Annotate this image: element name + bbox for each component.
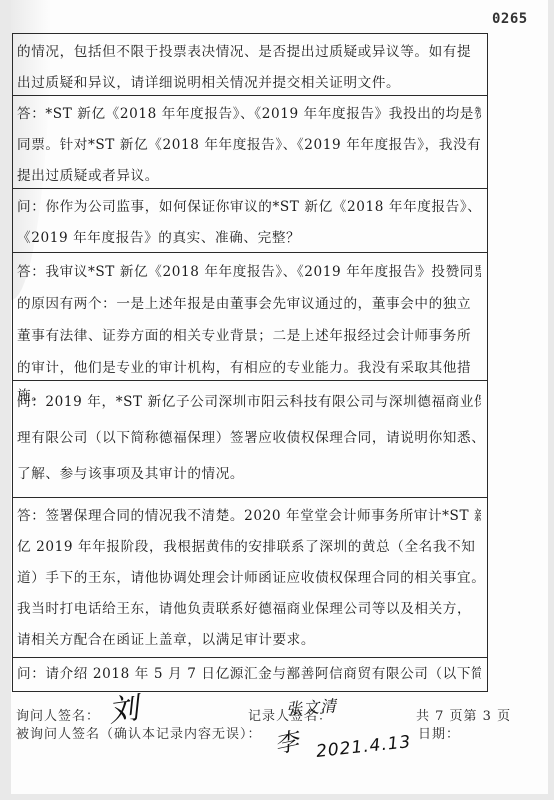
text-line: 答：我审议*ST 新亿《2018 年年度报告》、《2019 年年度报告》投赞同票 — [17, 256, 481, 288]
text-line: 《2019 年年度报告》的真实、准确、完整？ — [17, 223, 481, 254]
text-line: 的情况，包括但不限于投票表决情况、是否提出过质疑或异议等。如有提 — [17, 37, 481, 68]
recorder-handwritten-signature: 张文清 — [285, 693, 337, 720]
text-line: 道）手下的王东，请他协调处理会计师函证应收债权保理合同的相关事宜。 — [17, 563, 481, 594]
interviewer-handwritten-signature: 刘 — [105, 683, 139, 730]
text-line: 提出过质疑或者异议。 — [17, 161, 481, 192]
interview-record-table: 的情况，包括但不限于投票表决情况、是否提出过质疑或异议等。如有提 出过质疑和异议… — [12, 33, 488, 692]
question-continuation-row: 的情况，包括但不限于投票表决情况、是否提出过质疑或异议等。如有提 出过质疑和异议… — [13, 34, 487, 96]
page-stamp-number: 0265 — [492, 11, 528, 27]
text-line: 出过质疑和异议，请详细说明相关情况并提交相关证明文件。 — [17, 68, 481, 99]
text-line: 答：*ST 新亿《2018 年年度报告》、《2019 年年度报告》我投出的均是赞 — [17, 99, 481, 130]
text-line: 问：请介绍 2018 年 5 月 7 日亿源汇金与鄯善阿信商贸有限公司（以下简 — [17, 661, 481, 687]
text-line: 亿 2019 年年报阶段，我根据黄伟的安排联系了深圳的黄总（全名我不知 — [17, 532, 481, 563]
text-line: 请相关方配合在函证上盖章，以满足审计要求。 — [17, 625, 481, 656]
question-row: 问：2019 年，*ST 新亿子公司深圳市阳云科技有限公司与深圳德福商业保 理有… — [13, 381, 487, 498]
question-row: 问：你作为公司监事，如何保证你审议的*ST 新亿《2018 年年度报告》、 《2… — [13, 189, 487, 253]
text-line: 同票。针对*ST 新亿《2018 年年度报告》、《2019 年年度报告》，我没有 — [17, 130, 481, 161]
date-label: 日期： — [418, 723, 460, 742]
answer-row: 答：我审议*ST 新亿《2018 年年度报告》、《2019 年年度报告》投赞同票… — [13, 253, 487, 381]
text-line: 了解、参与该事项及其审计的情况。 — [17, 456, 481, 492]
answer-row: 答：签署保理合同的情况我不清楚。2020 年堂堂会计师事务所审计*ST 新 亿 … — [13, 498, 487, 658]
text-line: 理有限公司（以下简称德福保理）签署应收债权保理合同，请说明你知悉、 — [17, 420, 481, 456]
text-line: 董事有法律、证券方面的相关专业背景；二是上述年报经过会计师事务所 — [17, 320, 481, 352]
text-line: 我当时打电话给王东，请他负责联系好德福商业保理公司等以及相关方， — [17, 594, 481, 625]
text-line: 的原因有两个：一是上述年报是由董事会先审议通过的，董事会中的独立 — [17, 288, 481, 320]
text-line: 问：你作为公司监事，如何保证你审议的*ST 新亿《2018 年年度报告》、 — [17, 192, 481, 223]
text-line: 答：签署保理合同的情况我不清楚。2020 年堂堂会计师事务所审计*ST 新 — [17, 501, 481, 532]
text-line: 问：2019 年，*ST 新亿子公司深圳市阳云科技有限公司与深圳德福商业保 — [17, 384, 481, 420]
interviewer-signature-label: 询问人签名： — [16, 705, 100, 724]
page-count: 共 7 页第 3 页 — [416, 705, 511, 724]
question-row: 问：请介绍 2018 年 5 月 7 日亿源汇金与鄯善阿信商贸有限公司（以下简 — [13, 658, 487, 691]
text-line: 的审计，他们是专业的审计机构，有相应的专业能力。我没有采取其他措 — [17, 352, 481, 384]
answer-row: 答：*ST 新亿《2018 年年度报告》、《2019 年年度报告》我投出的均是赞… — [13, 96, 487, 189]
